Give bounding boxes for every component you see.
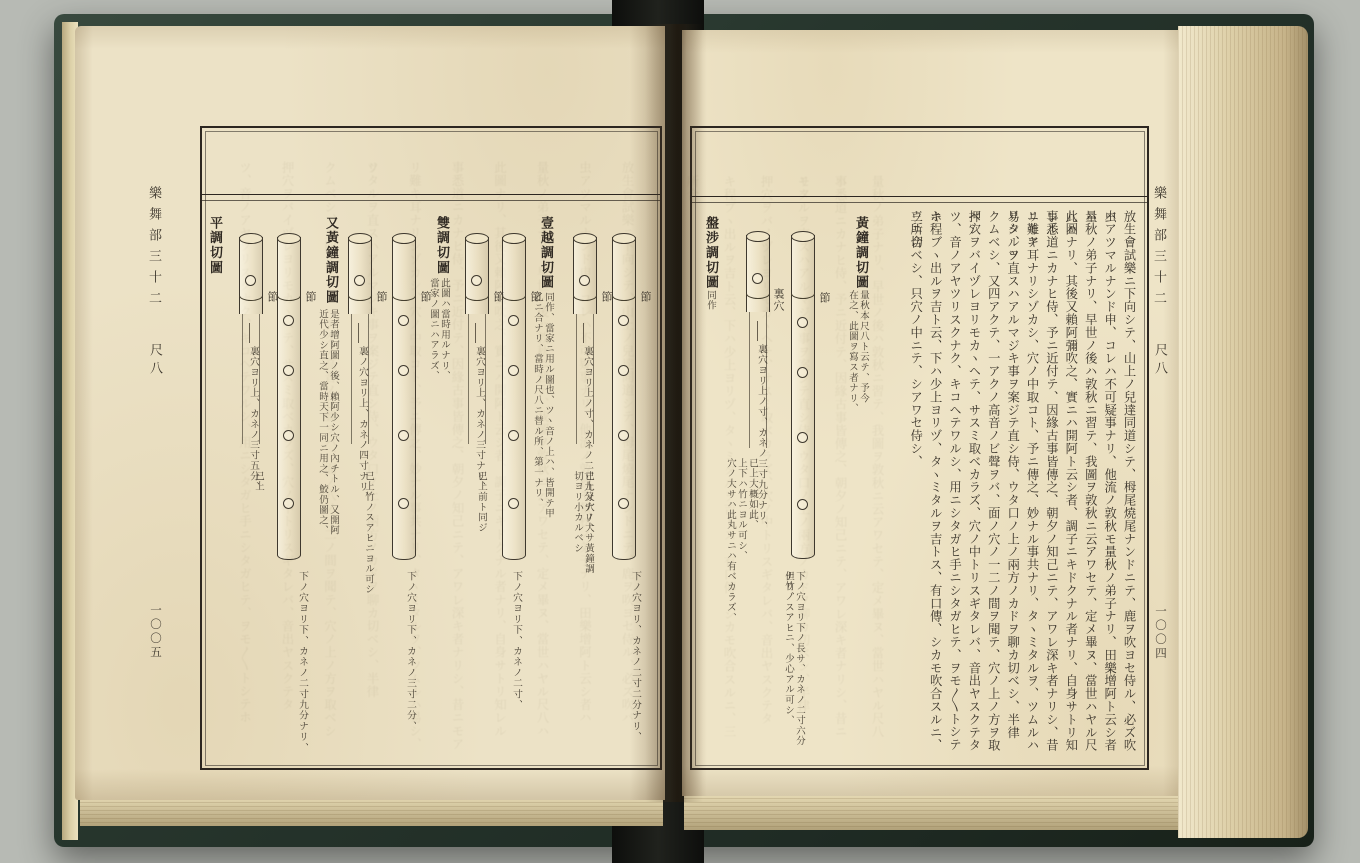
note-col: 已上前ト同ジ bbox=[475, 471, 486, 621]
diagram-caption-ichikotsu: 壹越調切圖 bbox=[537, 216, 556, 290]
note-col: 此圖ハ當時用ルナリ、 bbox=[438, 278, 449, 498]
note-col: 穴ノ大サハ此丸サニハ有ベカラズ、 bbox=[724, 458, 735, 628]
finger-hole bbox=[398, 498, 409, 509]
flute-mouth-rim bbox=[465, 233, 489, 244]
note-col: 近代少シ直之、當時天下一同ニ用之、鮫仍圖之、 bbox=[316, 309, 327, 599]
page-number: 一〇〇四 bbox=[1152, 605, 1168, 661]
margin-series-title: 樂舞部三十二 bbox=[1150, 186, 1169, 312]
margin-section-title: 尺八 bbox=[146, 343, 165, 379]
bottom-note: 下ノ穴ヨリ下、カネノ二寸九分ナリ、 bbox=[295, 571, 309, 753]
text-column: リ難キ耳ナリシゾカシ、穴ノ中取コト、予ニ傳之、妙ナル事共ナリ、タヽミタルヲ、ツム… bbox=[1022, 210, 1041, 762]
margin-section-title: 尺八 bbox=[1151, 343, 1170, 379]
bamboo-node-line bbox=[392, 290, 416, 301]
text-column: キ程ブヽ出ルヲ吉ト云、下ハ少上ヨリヅ、タヽミタルヲ吉トス、有口傳、シカモ吹合スル… bbox=[925, 210, 944, 762]
finger-hole bbox=[508, 315, 519, 326]
upper-note: 已上前ト同ジ bbox=[475, 471, 486, 621]
diagram-caption-mata-oushiki: 又黃鐘調切圖 bbox=[322, 216, 341, 305]
finger-hole bbox=[508, 365, 519, 376]
text-column: リタルヲ直スハアルマジキ事ヲ案ジテ直シ侍、ウタ口ノ上ノ兩方ノカドヲ聊カ切ベシ、半… bbox=[1002, 210, 1021, 762]
page-edges-bottom-left bbox=[80, 798, 663, 826]
finger-hole bbox=[283, 315, 294, 326]
bamboo-node-line bbox=[465, 290, 489, 301]
finger-hole bbox=[797, 432, 808, 443]
finger-hole bbox=[283, 365, 294, 376]
text-column: クムベシ、又四アクテ、一アクノ高音ノビ聲ヲバ、面ノ穴ノ一二ノ間ヲ聞テ、穴ノ上ノ方… bbox=[983, 210, 1002, 762]
finger-hole bbox=[618, 498, 629, 509]
diagram-caption-oushiki: 黃鐘調切圖 bbox=[852, 216, 871, 290]
flute-front-view bbox=[392, 237, 416, 560]
header-rule bbox=[202, 194, 660, 201]
text-column: 虫アツマルナンド申、コレハ不可疑事ナリ、他流ノ敦秋モ量秋ノ弟子ナリ、田樂增阿ト云… bbox=[1099, 210, 1118, 762]
finger-hole bbox=[618, 430, 629, 441]
book-photo: 放生會試樂ニ下向シテ、山上ノ兒達同道シテ、栂尾燒尾ナンドニテ、鹿ヲ吹ヨセ侍ル、必… bbox=[0, 0, 1360, 863]
annotation-leader bbox=[757, 321, 758, 341]
finger-hole bbox=[618, 365, 629, 376]
flute-back-view bbox=[239, 237, 263, 314]
flute-mouth-rim bbox=[573, 233, 597, 244]
flute-back-view bbox=[573, 237, 597, 314]
note-col: 當家ノ圖ニハアラズ、 bbox=[427, 278, 438, 498]
node-label: 節 bbox=[302, 291, 318, 303]
text-column: 放生會試樂ニ下向シテ、山上ノ兒達同道シテ、栂尾燒尾ナンドニテ、鹿ヲ吹ヨセ侍ル、必… bbox=[1119, 210, 1138, 762]
finger-hole bbox=[398, 365, 409, 376]
bamboo-node-line bbox=[791, 288, 815, 299]
back-hole bbox=[245, 275, 256, 286]
bottom-note: 下ノ穴ヨリ下、カネノ三寸二分、 bbox=[403, 571, 417, 732]
flute-mouth-rim bbox=[746, 231, 770, 242]
bamboo-node-line bbox=[573, 290, 597, 301]
margin-series-title: 樂舞部三十二 bbox=[145, 186, 164, 312]
page-edges-right bbox=[1178, 26, 1308, 838]
back-hole bbox=[752, 273, 763, 284]
flute-mouth-rim bbox=[348, 233, 372, 244]
bamboo-node-line bbox=[612, 290, 636, 301]
note-col: 但竹ノスアヒニ、少心アル可シ、 bbox=[782, 571, 793, 756]
node-label: 節 bbox=[637, 291, 653, 303]
back-hole-annotation: 裏穴ヨリ上、カネノ三寸五分、 bbox=[246, 346, 260, 492]
finger-hole bbox=[398, 430, 409, 441]
caption-note: 同作、當家ニ用ル圖也、ツヽ音ノ上ハ、皆開テ甲 乙ニ合ナリ、當時ノ尺八ニ替ル所、第… bbox=[531, 292, 553, 562]
page-edges-bottom-right bbox=[684, 794, 1178, 830]
note-col: 已上 bbox=[252, 471, 263, 531]
upper-note: 已上 bbox=[252, 471, 263, 531]
flute-front-view bbox=[791, 235, 815, 559]
back-hole bbox=[579, 275, 590, 286]
finger-hole bbox=[797, 499, 808, 510]
note-col: 在之、此圖ヲ寫ス者ナリ、 bbox=[846, 290, 857, 530]
bamboo-node-line bbox=[239, 290, 263, 301]
note-col: 同作、當家ニ用ル圖也、ツヽ音ノ上ハ、皆開テ甲 bbox=[542, 292, 553, 562]
text-column: 押穴ヲバイヅレヨリモカヽヘテ、サスミ取ベカラズ、穴ノ中トリスギタレバ、音出ヤスク… bbox=[963, 210, 982, 762]
caption-note: 同作 bbox=[704, 290, 715, 330]
diagram-caption-sojo: 雙調切圖 bbox=[433, 216, 452, 275]
finger-hole bbox=[797, 367, 808, 378]
bottom-note: 下ノ穴ヨリ、カネノ二寸二分ナリ、 bbox=[628, 571, 642, 742]
left-page: 放生會試樂ニ下向シテ、山上ノ兒達同道シテ、栂尾燒尾ナンドニテ、鹿ヲ吹ヨセ侍ル、必… bbox=[75, 26, 665, 800]
upper-note: 已上竹ノスアヒニヨル可シ bbox=[362, 471, 373, 621]
note-col: 已上大概如此、 bbox=[746, 458, 757, 628]
page-number: 一〇〇五 bbox=[147, 604, 163, 660]
text-column: ウニ切ベシ、只穴ノ中ニテ、シアワセ侍シ、 bbox=[905, 210, 924, 762]
annotation-leader bbox=[583, 323, 584, 343]
flute-front-view bbox=[502, 237, 526, 560]
finger-hole bbox=[618, 315, 629, 326]
finger-hole bbox=[283, 430, 294, 441]
caption-note: 此圖ハ當時用ルナリ、 當家ノ圖ニハアラズ、 bbox=[427, 278, 449, 498]
right-page: 量秋ノ弟子ナリ、早世ノ後ハ敦秋ニ習テ、我圖ヲ敦秋ニ云アワセテ、定メ畢ヌ、當世ハヤ… bbox=[682, 30, 1178, 796]
flute-mouth-rim bbox=[612, 233, 636, 244]
flute-mouth-rim bbox=[239, 233, 263, 244]
note-col: 乙ニ合ナリ、當時ノ尺八ニ替ル所、第一ナリ、 bbox=[531, 292, 542, 562]
bamboo-node-line bbox=[277, 290, 301, 301]
bamboo-node-line bbox=[502, 290, 526, 301]
text-column: 此圖ナリ、其後又賴阿彌吹之、實ニハ開阿ト云シ者、調子ニキドクナル者ナリ、自身サト… bbox=[1060, 210, 1079, 762]
diagram-caption-hyojo: 平調切圖 bbox=[206, 216, 225, 275]
body-text: 放生會試樂ニ下向シテ、山上ノ兒達同道シテ、栂尾燒尾ナンドニテ、鹿ヲ吹ヨセ侍ル、必… bbox=[904, 210, 1138, 762]
note-col: 已上竹ノスアヒニヨル可シ bbox=[362, 471, 373, 621]
note-col: 已上又穴ノ大サ黃鐘調 bbox=[582, 471, 593, 621]
text-column: 事悉道ニカナヒ侍、予ニ近付テ、因緣古事皆傳之、朝夕ノ知己ニテ、アワレ深キ者ナリシ… bbox=[1041, 210, 1060, 762]
general-note: 已上大概如此、 上下ハ竹ニヨル可シ、 穴ノ大サハ此丸サニハ有ベカラズ、 bbox=[724, 458, 757, 628]
back-hole-label: 裏穴 bbox=[770, 288, 786, 312]
annotation-leader bbox=[358, 323, 359, 343]
back-hole bbox=[354, 275, 365, 286]
note-col: 上下ハ竹ニヨル可シ、 bbox=[735, 458, 746, 628]
caption-note: 量秋本尺八ト云テ、予今 在之、此圖ヲ寫ス者ナリ、 bbox=[846, 290, 868, 530]
note-col: 下ノ穴ヨリ下ノ長サ、カネノ二寸六分ナリ、 bbox=[793, 571, 804, 756]
flute-mouth-rim bbox=[502, 233, 526, 244]
finger-hole bbox=[508, 430, 519, 441]
diagram-caption-banshiki: 盤涉調切圖 bbox=[702, 216, 721, 290]
caption-note: 是者增阿圖ノ後、賴阿少シ穴ノ內チトル、又開阿 近代少シ直之、當時天下一同ニ用之、… bbox=[316, 309, 338, 599]
node-label: 節 bbox=[417, 291, 433, 303]
text-column: 量秋ノ弟子ナリ、早世ノ後ハ敦秋ニ習テ、我圖ヲ敦秋ニ云アワセテ、定メ畢ヌ、當世ハヤ… bbox=[1080, 210, 1099, 762]
annotation-leader bbox=[475, 323, 476, 343]
flute-mouth-rim bbox=[277, 233, 301, 244]
flute-mouth-rim bbox=[392, 233, 416, 244]
bamboo-node-line bbox=[348, 290, 372, 301]
header-rule bbox=[692, 196, 1147, 203]
flute-front-view bbox=[612, 237, 636, 560]
finger-hole bbox=[283, 498, 294, 509]
node-label: 節 bbox=[373, 291, 389, 303]
back-hole-annotation: 裏穴ヨリ上、カネノ三寸ナリ、 bbox=[472, 346, 486, 492]
bottom-note: 下ノ穴ヨリ下ノ長サ、カネノ二寸六分ナリ、 但竹ノスアヒニ、少心アル可シ、 bbox=[782, 571, 804, 756]
flute-back-view bbox=[746, 235, 770, 312]
flute-mouth-rim bbox=[791, 231, 815, 242]
note-col: 同作 bbox=[704, 290, 715, 330]
bottom-note: 下ノ穴ヨリ下、カネノ二寸、 bbox=[509, 571, 523, 710]
note-col: 切ヨリ小カルベシ bbox=[571, 471, 582, 621]
finger-hole bbox=[398, 315, 409, 326]
flute-back-view bbox=[465, 237, 489, 314]
text-column: ツ、音ノアヤツリスクナク、キコヘテワルシ、用ニシタガヒ手ニシタガヒテ、ヲモ〱トシ… bbox=[944, 210, 963, 762]
note-col: 是者增阿圖ノ後、賴阿少シ穴ノ內チトル、又開阿 bbox=[327, 309, 338, 599]
node-label: 節 bbox=[527, 291, 543, 303]
back-hole bbox=[471, 275, 482, 286]
node-label: 節 bbox=[816, 292, 832, 304]
note-col: 量秋本尺八ト云テ、予今 bbox=[857, 290, 868, 530]
finger-hole bbox=[508, 498, 519, 509]
upper-note: 已上又穴ノ大サ黃鐘調 切ヨリ小カルベシ bbox=[571, 471, 593, 621]
flute-back-view bbox=[348, 237, 372, 314]
annotation-leader bbox=[249, 323, 250, 343]
finger-hole bbox=[797, 317, 808, 328]
flute-front-view bbox=[277, 237, 301, 560]
bamboo-node-line bbox=[746, 288, 770, 299]
